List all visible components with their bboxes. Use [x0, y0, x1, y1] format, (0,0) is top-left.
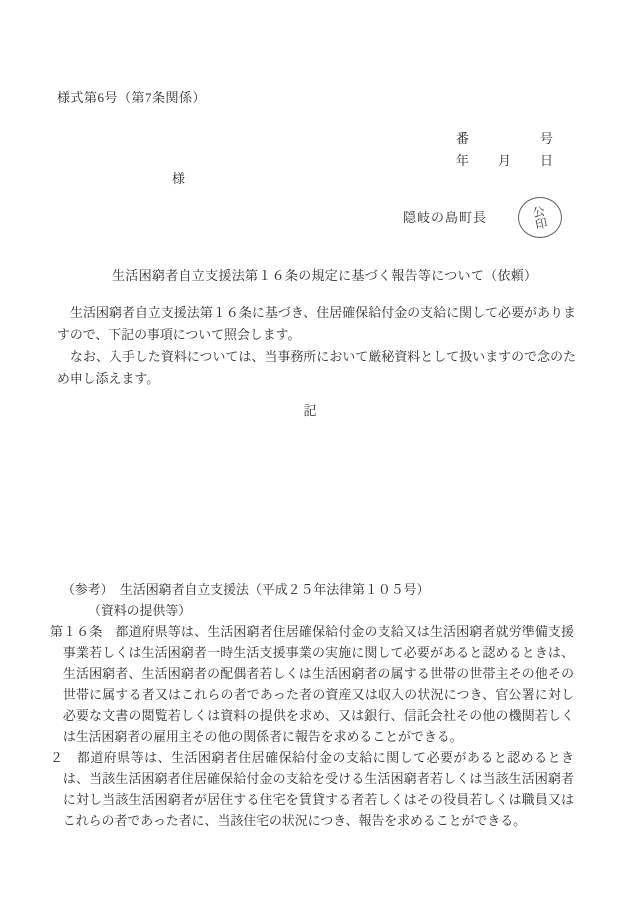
date-year-label: 年 — [456, 150, 469, 169]
body-text: 生活困窮者自立支援法第１６条に基づき、住居確保給付金の支給に関して必要があります… — [57, 302, 576, 390]
date-day-label: 日 — [540, 150, 553, 169]
official-seal-text: 公 印 — [532, 205, 549, 231]
sender-title: 隠岐の島町長 — [403, 207, 487, 226]
date-month-label: 月 — [498, 150, 511, 169]
form-number: 様式第6号（第7条関係） — [57, 87, 206, 106]
addressee-honorific: 様 — [172, 168, 185, 187]
reference-section: （参考） 生活困窮者自立支援法（平成２５年法律第１０５号） （資料の提供等） 第… — [50, 580, 574, 832]
record-marker: 記 — [0, 400, 620, 419]
body-paragraph-2: なお、入手した資料については、当事務所において厳秘資料として扱いますので念のため… — [57, 346, 576, 390]
number-label-left: 番 — [456, 128, 469, 147]
seal-char-bottom: 印 — [534, 216, 548, 230]
official-seal: 公 印 — [518, 197, 562, 238]
number-label-right: 号 — [540, 128, 553, 147]
reference-article-paragraph-1: 第１６条 都道府県等は、生活困窮者住居確保給付金の支給又は生活困窮者就労準備支援… — [50, 622, 574, 748]
date-line: 年 月 日 — [456, 150, 553, 169]
document-number-line: 番 号 — [456, 128, 553, 147]
reference-article-paragraph-2: ２ 都道府県等は、生活困窮者住居確保給付金の支給に関して必要があると認めるときは… — [50, 748, 574, 832]
document-title: 生活困窮者自立支援法第１６条の規定に基づく報告等について（依頼） — [112, 265, 537, 284]
reference-heading: （参考） 生活困窮者自立支援法（平成２５年法律第１０５号） — [62, 580, 574, 601]
reference-subheading: （資料の提供等） — [88, 601, 574, 622]
body-paragraph-1: 生活困窮者自立支援法第１６条に基づき、住居確保給付金の支給に関して必要があります… — [57, 302, 576, 346]
document-page: 様式第6号（第7条関係） 番 号 年 月 日 様 隠岐の島町長 公 印 生活困窮… — [0, 0, 630, 915]
